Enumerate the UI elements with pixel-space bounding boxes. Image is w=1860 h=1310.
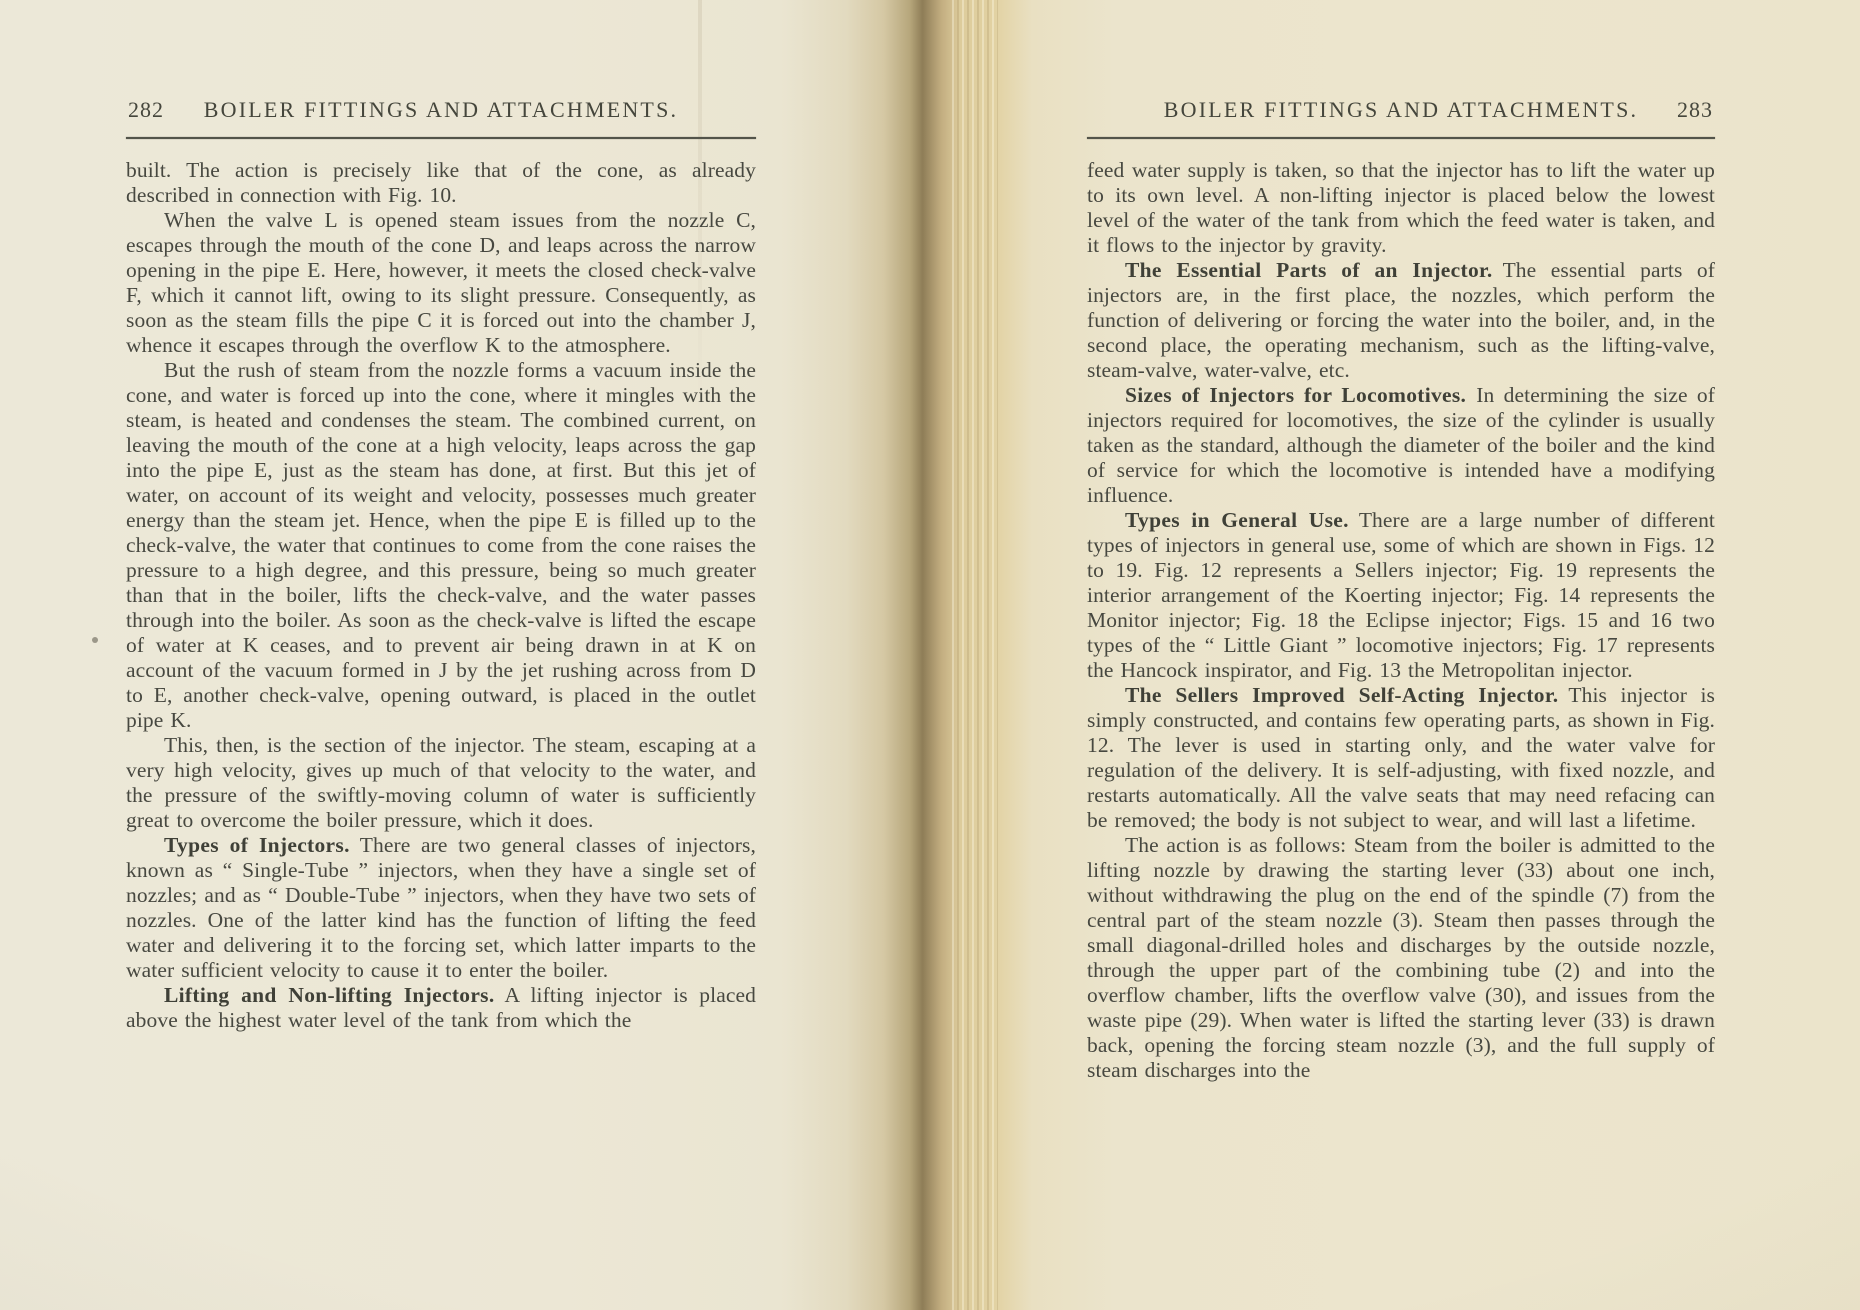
page-number: 282 <box>128 96 164 124</box>
paragraph: built. The action is precisely like that… <box>126 158 756 208</box>
paragraph-text: feed water supply is taken, so that the … <box>1087 158 1715 257</box>
page-header-right: BOILER FITTINGS AND ATTACHMENTS. 283 <box>1087 96 1715 124</box>
page-282-text: built. The action is precisely like that… <box>126 158 756 1033</box>
paragraph-lead: Types in General Use. <box>1125 508 1359 532</box>
paragraph-text: When the valve L is opened steam issues … <box>126 208 756 357</box>
paragraph: When the valve L is opened steam issues … <box>126 208 756 358</box>
page-number: 283 <box>1677 96 1713 124</box>
paragraph-text: This, then, is the section of the inject… <box>126 733 756 832</box>
paragraph-text: The action is as follows: Steam from the… <box>1087 833 1715 1082</box>
header-rule <box>1087 137 1715 139</box>
paragraph: feed water supply is taken, so that the … <box>1087 158 1715 258</box>
paragraph-text: There are a large number of different ty… <box>1087 508 1715 682</box>
paragraph: This, then, is the section of the inject… <box>126 733 756 833</box>
page-header-left: 282 BOILER FITTINGS AND ATTACHMENTS. <box>126 96 756 124</box>
paragraph-lead: The Essential Parts of an Injector. <box>1125 258 1503 282</box>
header-rule <box>126 137 756 139</box>
paragraph: The Sellers Improved Self-Acting Injecto… <box>1087 683 1715 833</box>
running-head: BOILER FITTINGS AND ATTACHMENTS. <box>126 96 756 124</box>
page-283-text: feed water supply is taken, so that the … <box>1087 158 1715 1083</box>
paragraph: The Essential Parts of an Injector.The e… <box>1087 258 1715 383</box>
paragraph-lead: Types of Injectors. <box>164 833 360 857</box>
paper-speck <box>92 637 98 643</box>
paragraph-text: built. The action is precisely like that… <box>126 158 756 207</box>
paragraph-lead: The Sellers Improved Self-Acting Injecto… <box>1125 683 1568 707</box>
paragraph: The action is as follows: Steam from the… <box>1087 833 1715 1083</box>
paragraph: Lifting and Non-lifting Injectors.A lift… <box>126 983 756 1033</box>
paragraph: But the rush of steam from the nozzle fo… <box>126 358 756 733</box>
running-head: BOILER FITTINGS AND ATTACHMENTS. <box>1087 96 1715 124</box>
paragraph-lead: Lifting and Non-lifting Injectors. <box>164 983 505 1007</box>
paragraph: Types in General Use.There are a large n… <box>1087 508 1715 683</box>
book-spread: 282 BOILER FITTINGS AND ATTACHMENTS. bui… <box>0 0 1860 1310</box>
paragraph: Types of Injectors.There are two general… <box>126 833 756 983</box>
page-edge-stripes <box>952 0 998 1310</box>
paragraph-text: But the rush of steam from the nozzle fo… <box>126 358 756 732</box>
paragraph: Sizes of Injectors for Locomotives.In de… <box>1087 383 1715 508</box>
paragraph-lead: Sizes of Injectors for Locomotives. <box>1125 383 1476 407</box>
